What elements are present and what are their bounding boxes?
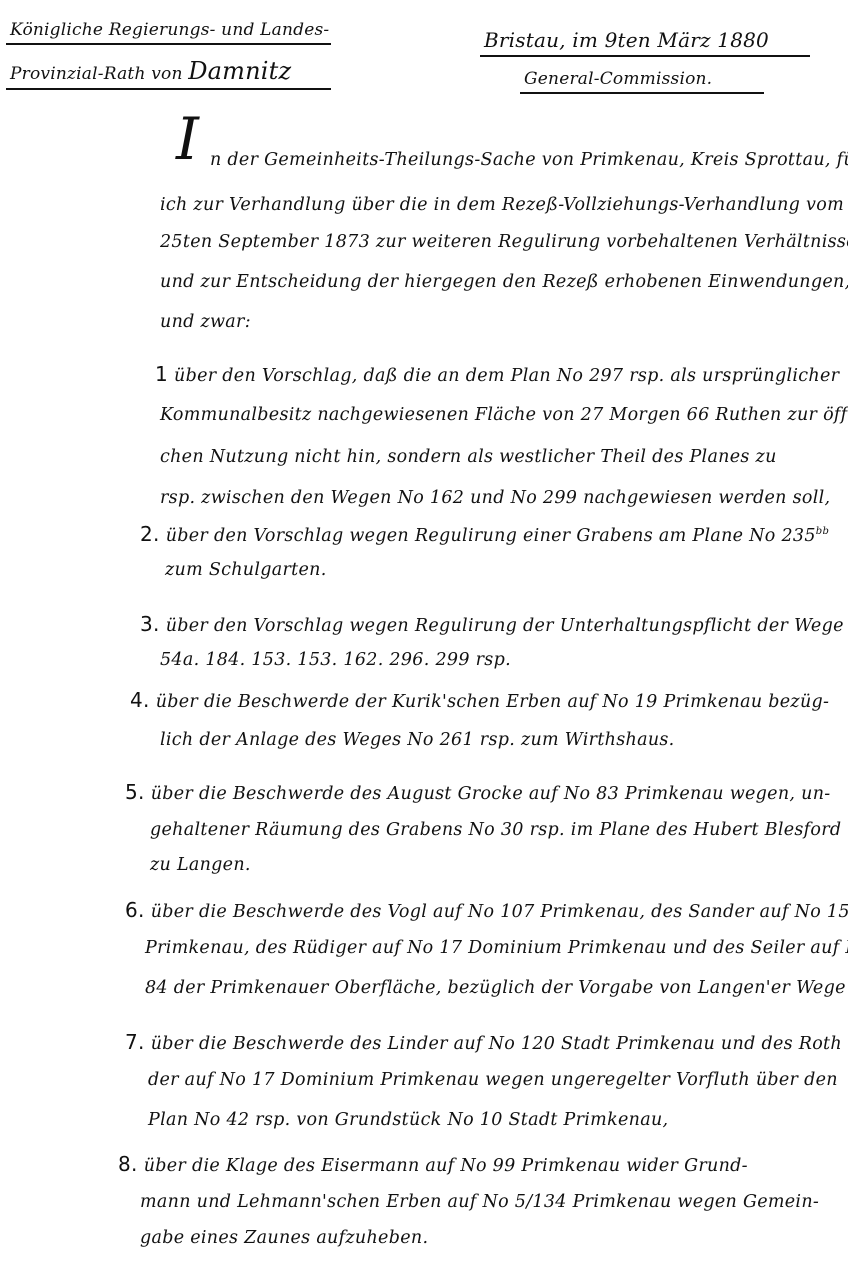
item-line: lich der Anlage des Weges No 261 rsp. zu… bbox=[160, 730, 675, 750]
item-line: über den Vorschlag, daß die an dem Plan … bbox=[174, 366, 839, 386]
item-number: 8. bbox=[118, 1152, 138, 1176]
header-left: Königliche Regierungs- und Landes- Provi… bbox=[6, 20, 331, 102]
item-number: 6. bbox=[125, 898, 145, 922]
intro-line: 25ten September 1873 zur weiteren Reguli… bbox=[160, 232, 848, 252]
item-line: über die Beschwerde des Linder auf No 12… bbox=[151, 1034, 842, 1054]
item-number: 7. bbox=[125, 1030, 145, 1054]
item-line: über die Beschwerde des Vogl auf No 107 … bbox=[151, 902, 848, 922]
intro-line: und zur Entscheidung der hiergegen den R… bbox=[160, 272, 848, 292]
item-line: 84 der Primkenauer Oberfläche, bezüglich… bbox=[145, 978, 846, 998]
item-number: 5. bbox=[125, 780, 145, 804]
item-line: Primkenau, des Rüdiger auf No 17 Dominiu… bbox=[145, 938, 848, 958]
item-line: über den Vorschlag wegen Regulirung eine… bbox=[166, 526, 816, 546]
item-line: gabe eines Zaunes aufzuheben. bbox=[140, 1228, 428, 1248]
official-name-line: Provinzial-Rath von Damnitz bbox=[6, 57, 331, 90]
official-title: Provinzial-Rath von bbox=[10, 64, 183, 84]
official-name: Damnitz bbox=[188, 57, 291, 85]
item-number: 2. bbox=[140, 522, 160, 546]
item-line: zum Schulgarten. bbox=[165, 560, 327, 580]
item-line: Plan No 42 rsp. von Grundstück No 10 Sta… bbox=[148, 1110, 668, 1130]
item-line: mann und Lehmann'schen Erben auf No 5/13… bbox=[140, 1192, 819, 1212]
item-line: über den Vorschlag wegen Regulirung der … bbox=[166, 616, 848, 636]
item-line: 54a. 184. 153. 153. 162. 296. 299 rsp. bbox=[160, 650, 511, 670]
item-line: rsp. zwischen den Wegen No 162 und No 29… bbox=[160, 488, 830, 508]
item-line: zu Langen. bbox=[150, 855, 251, 875]
item-number: 1 bbox=[155, 362, 168, 386]
intro-line: ich zur Verhandlung über die in dem Reze… bbox=[160, 195, 844, 215]
header-right: Bristau, im 9ten März 1880 General-Commi… bbox=[480, 28, 810, 106]
office-name: General-Commission. bbox=[520, 69, 764, 94]
item-number: 4. bbox=[130, 688, 150, 712]
item-number: 3. bbox=[140, 612, 160, 636]
drop-cap-initial: I bbox=[176, 110, 199, 168]
authority-line: Königliche Regierungs- und Landes- bbox=[6, 20, 331, 45]
superscript: bb bbox=[816, 526, 829, 537]
item-line: gehaltener Räumung des Grabens No 30 rsp… bbox=[150, 820, 841, 840]
item-line: über die Beschwerde der Kurik'schen Erbe… bbox=[156, 692, 830, 712]
intro-line: n der Gemeinheits-Theilungs-Sache von Pr… bbox=[210, 150, 848, 170]
item-line: der auf No 17 Dominium Primkenau wegen u… bbox=[148, 1070, 838, 1090]
item-line: über die Beschwerde des August Grocke au… bbox=[151, 784, 831, 804]
place-date: Bristau, im 9ten März 1880 bbox=[480, 28, 810, 57]
item-line: chen Nutzung nicht hin, sondern als west… bbox=[160, 447, 777, 467]
item-line: Kommunalbesitz nachgewiesenen Fläche von… bbox=[160, 405, 848, 425]
intro-line: und zwar: bbox=[160, 312, 251, 332]
item-line: über die Klage des Eisermann auf No 99 P… bbox=[144, 1156, 748, 1176]
